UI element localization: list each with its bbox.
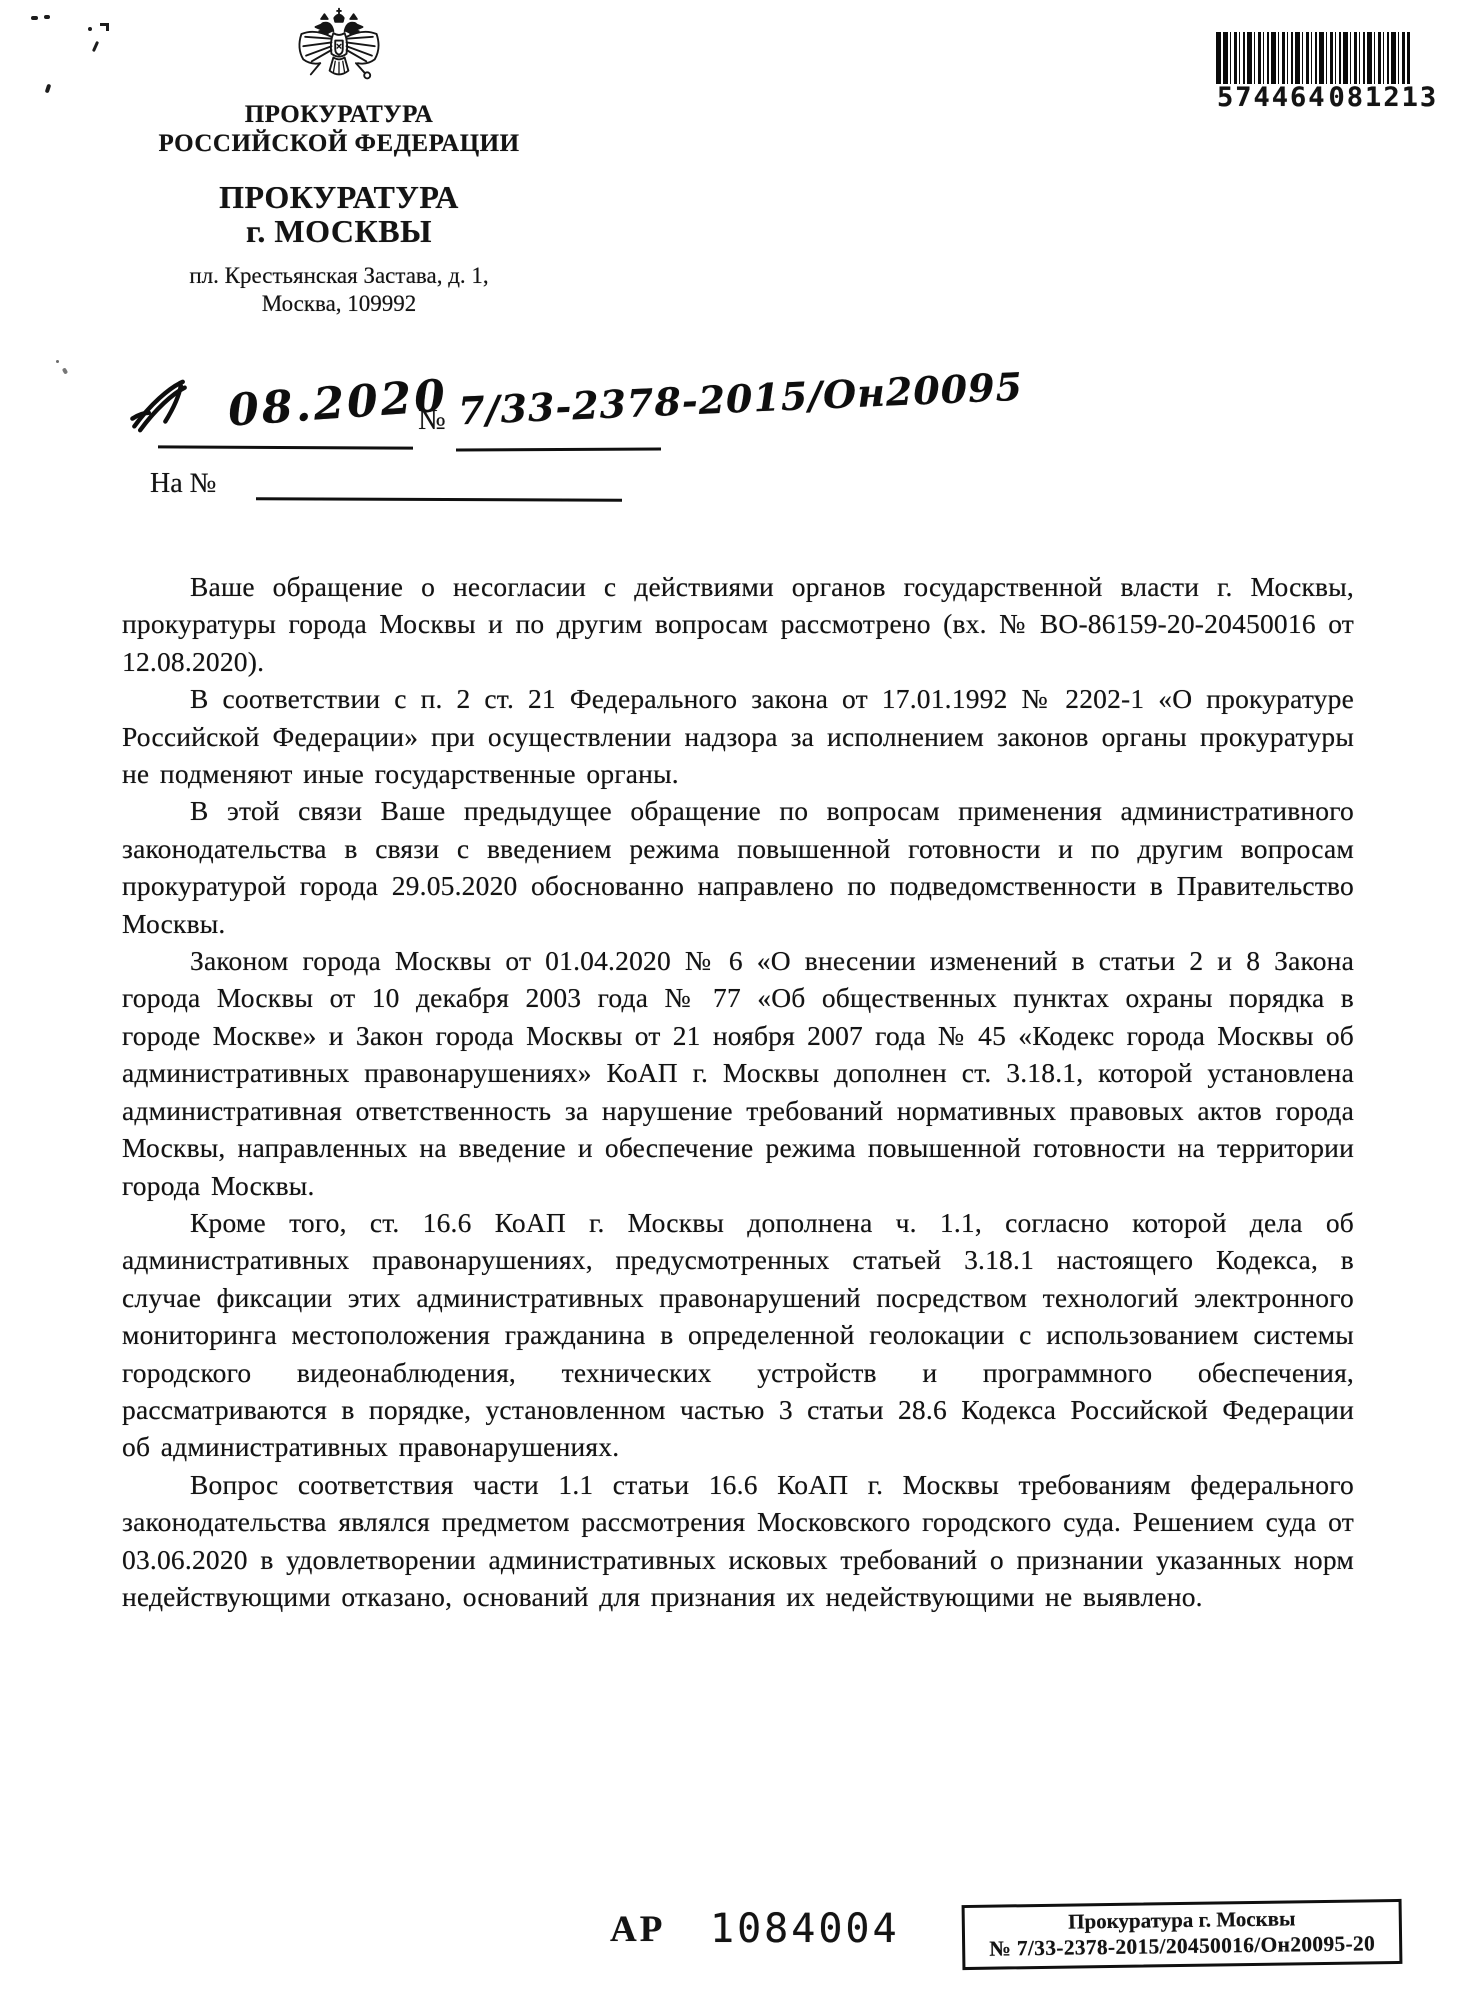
address-line2: Москва, 109992 [148,290,530,318]
handwritten-scribble [126,376,224,438]
barcode-bars [1216,32,1410,88]
barcode-digits-left: 574464 [1216,84,1328,111]
letterhead: ПРОКУРАТУРА РОССИЙСКОЙ ФЕДЕРАЦИИ ПРОКУРА… [148,6,530,318]
body-paragraph: Вопрос соответствия части 1.1 статьи 16.… [122,1466,1354,1616]
letter-body: Ваше обращение о несогласии с действиями… [122,568,1354,1615]
scan-artifact [62,367,68,374]
scan-artifact [56,360,59,363]
stamp-ref-number: № 7/33-2378-2015/20450016/Он20095-20 [971,1930,1393,1962]
body-paragraph: Законом города Москвы от 01.04.2020 № 6 … [122,942,1354,1204]
scan-artifact [100,23,109,31]
scan-artifact [45,84,52,94]
body-paragraph: В соответствии с п. 2 ст. 21 Федеральног… [122,680,1354,792]
barcode-digits-right: 081213 [1328,84,1440,111]
org-name-line1: ПРОКУРАТУРА [148,100,530,129]
handwritten-number: 7/33-2378-2015/Он20095 [457,364,1024,434]
incoming-ref-label: На № [150,468,216,500]
barcode: 574464 081213 [1216,32,1410,111]
footer-code-prefix: АР [610,1908,665,1951]
body-paragraph: Кроме того, ст. 16.6 КоАП г. Москвы допо… [122,1204,1354,1466]
scan-artifact [92,41,99,52]
incoming-ref-underline [256,497,622,502]
barcode-digits: 574464 081213 [1216,84,1410,111]
number-sign-label: № [418,404,446,437]
registration-stamp: Прокуратура г. Москвы № 7/33-2378-2015/2… [962,1899,1403,1970]
handwritten-date: 08.2020 [226,370,449,436]
body-paragraph: В этой связи Ваше предыдущее обращение п… [122,792,1354,942]
body-paragraph: Ваше обращение о несогласии с действиями… [122,568,1354,680]
address-line1: пл. Крестьянская Застава, д. 1, [148,262,530,290]
org-name-line2: РОССИЙСКОЙ ФЕДЕРАЦИИ [148,129,530,158]
scan-artifact [44,15,50,19]
dept-name-line1: ПРОКУРАТУРА [148,180,530,214]
dept-name-line2: г. МОСКВЫ [148,214,530,248]
scan-artifact [88,27,92,31]
scanned-letter-page: ПРОКУРАТУРА РОССИЙСКОЙ ФЕДЕРАЦИИ ПРОКУРА… [0,0,1459,2000]
russia-coat-of-arms-icon [292,6,386,94]
footer-code-number: 1084004 [710,1906,900,1952]
number-underline [456,447,661,451]
scan-artifact [31,16,38,20]
date-underline [158,445,413,449]
